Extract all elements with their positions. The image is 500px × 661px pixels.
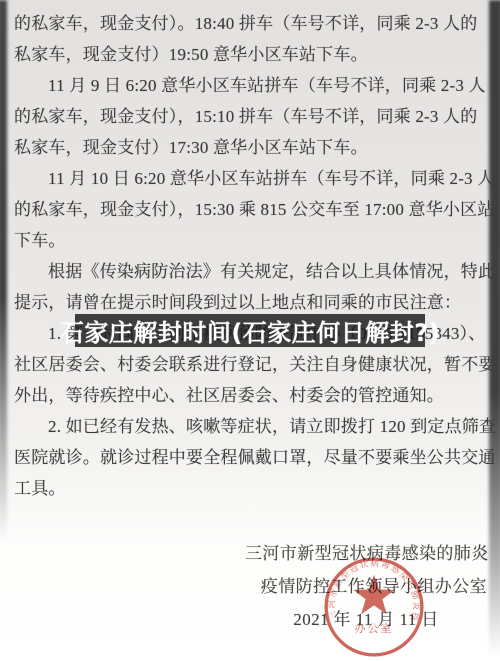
doc-line: 根据《传染病防治法》有关规定，结合以上具体情况，特此 bbox=[14, 256, 488, 287]
signature-org-line1: 三河市新型冠状病毒感染的肺炎 bbox=[245, 537, 487, 570]
doc-line: 外出，等待疾控中心、社区居委会、村委会的管控通知。 bbox=[14, 380, 488, 411]
doc-line: 的私家车，现金支付），15:30 乘 815 公交车至 17:00 意华小区站 bbox=[14, 194, 488, 225]
signature-date: 2021 年 11 月 11 日 bbox=[245, 603, 487, 636]
doc-line: 的私家车，现金支付），15:10 拼车（车号不详，同乘 2-3 人的 bbox=[14, 101, 488, 132]
doc-line: 11 月 10 日 6:20 意华小区车站拼车（车号不详，同乘 2-3 人 bbox=[14, 163, 488, 194]
doc-line: 工具。 bbox=[14, 473, 488, 504]
photo-edge-right bbox=[489, 0, 500, 655]
photo-edge-left bbox=[0, 0, 7, 540]
signature-block: 三河市新型冠状病毒感染的肺炎 疫情防控工作领导小组办公室 2021 年 11 月… bbox=[245, 537, 487, 636]
caption-banner-title: 石家庄解封时间(石家庄何日解封?) bbox=[60, 313, 440, 348]
doc-line: 下车。 bbox=[14, 225, 488, 256]
document-body: 的私家车，现金支付）。18:40 拼车（车号不详，同乘 2-3 人的 私家车，现… bbox=[14, 8, 488, 504]
doc-line: 社区居委会、村委会联系进行登记，关注自身健康状况，暂不要 bbox=[14, 349, 488, 380]
doc-line: 医院就诊。就诊过程中要全程佩戴口罩，尽量不要乘坐公共交通 bbox=[14, 442, 488, 473]
caption-banner: 石家庄解封时间(石家庄何日解封?) bbox=[75, 314, 425, 347]
signature-org-line2: 疫情防控工作领导小组办公室 bbox=[245, 570, 487, 603]
doc-line: 的私家车，现金支付）。18:40 拼车（车号不详，同乘 2-3 人的 bbox=[14, 8, 488, 39]
doc-line: 11 月 9 日 6:20 意华小区车站拼车（车号不详，同乘 2-3 人 bbox=[14, 70, 488, 101]
doc-line: 私家车，现金支付）19:50 意华小区车站下车。 bbox=[14, 39, 488, 70]
document-photo: 的私家车，现金支付）。18:40 拼车（车号不详，同乘 2-3 人的 私家车，现… bbox=[0, 0, 500, 661]
doc-line: 私家车，现金支付）17:30 意华小区车站下车。 bbox=[14, 132, 488, 163]
doc-line: 2. 如已经有发热、咳嗽等症状，请立即拨打 120 到定点筛查 bbox=[14, 411, 488, 442]
